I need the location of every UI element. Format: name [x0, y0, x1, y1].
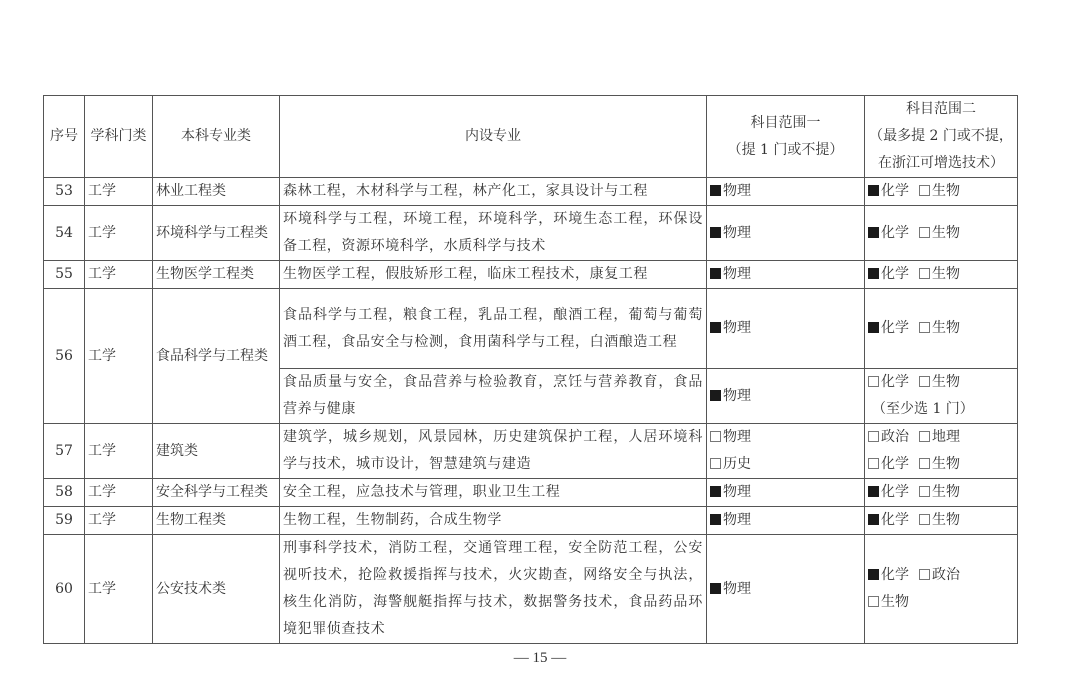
subject-label: 化学: [881, 374, 909, 390]
checked-box-icon: [868, 227, 879, 238]
subject-requirements-table: 序号 学科门类 本科专业类 内设专业 科目范围一 （提 1 门或不提） 科目范围…: [43, 95, 1018, 644]
subject-option: 历史: [710, 451, 751, 478]
subject-label: 生物: [932, 374, 960, 390]
subject-line: 物理: [710, 178, 861, 205]
cell-majors: 刑事科学技术，消防工程，交通管理工程，安全防范工程，公安视听技术，抢险救援指挥与…: [280, 535, 707, 644]
subject-option: 生物: [868, 589, 909, 616]
unchecked-box-icon: [710, 458, 721, 469]
cell-discipline: 工学: [85, 289, 153, 424]
subject-label: 生物: [932, 484, 960, 500]
subject-line: 生物: [868, 589, 1014, 616]
cell-range1: 物理: [707, 507, 865, 535]
subject-line: 化学生物: [868, 178, 1014, 205]
subject-label: 物理: [723, 183, 751, 199]
subject-line: 物理: [710, 315, 861, 342]
unchecked-box-icon: [919, 185, 930, 196]
subject-option: 物理: [710, 507, 751, 534]
cell-discipline: 工学: [85, 535, 153, 644]
cell-category: 食品科学与工程类: [153, 289, 280, 424]
subject-label: 化学: [881, 512, 909, 528]
cell-discipline: 工学: [85, 479, 153, 507]
unchecked-box-icon: [868, 596, 879, 607]
subject-option: 地理: [919, 424, 960, 451]
subject-option: 化学: [868, 451, 909, 478]
unchecked-box-icon: [868, 376, 879, 387]
cell-range1: 物理: [707, 289, 865, 369]
cell-seq: 60: [44, 535, 85, 644]
cell-category: 生物工程类: [153, 507, 280, 535]
checked-box-icon: [710, 514, 721, 525]
cell-majors: 食品质量与安全，食品营养与检验教育，烹饪与营养教育，食品营养与健康: [280, 369, 707, 424]
cell-category: 环境科学与工程类: [153, 206, 280, 261]
subject-line: 物理: [710, 261, 861, 288]
subject-option: 生物: [919, 178, 960, 205]
subject-label: 化学: [881, 266, 909, 282]
subject-line: 化学生物: [868, 261, 1014, 288]
table-row: 54工学环境科学与工程类环境科学与工程，环境工程，环境科学，环境生态工程，环保设…: [44, 206, 1018, 261]
cell-discipline: 工学: [85, 507, 153, 535]
cell-category: 建筑类: [153, 424, 280, 479]
cell-seq: 53: [44, 178, 85, 206]
cell-range1: 物理: [707, 178, 865, 206]
subject-option: 化学: [868, 562, 909, 589]
cell-range2: 化学生物: [865, 289, 1018, 369]
checked-box-icon: [710, 227, 721, 238]
header-row: 序号 学科门类 本科专业类 内设专业 科目范围一 （提 1 门或不提） 科目范围…: [44, 96, 1018, 178]
cell-majors: 生物工程，生物制药，合成生物学: [280, 507, 707, 535]
subject-option: 生物: [919, 261, 960, 288]
subject-line: 化学生物: [868, 451, 1014, 478]
cell-range2: 政治地理化学生物: [865, 424, 1018, 479]
header-range2: 科目范围二 （最多提 2 门或不提， 在浙江可增选技术）: [865, 96, 1018, 178]
checked-box-icon: [710, 268, 721, 279]
subject-label: 生物: [932, 266, 960, 282]
table-row: 59工学生物工程类生物工程，生物制药，合成生物学物理化学生物: [44, 507, 1018, 535]
cell-category: 公安技术类: [153, 535, 280, 644]
checked-box-icon: [868, 185, 879, 196]
subject-label: 化学: [881, 225, 909, 241]
cell-seq: 57: [44, 424, 85, 479]
subject-option: 政治: [919, 562, 960, 589]
unchecked-box-icon: [710, 431, 721, 442]
table-row: 55工学生物医学工程类生物医学工程，假肢矫形工程，临床工程技术，康复工程物理化学…: [44, 261, 1018, 289]
subject-label: 物理: [723, 581, 751, 597]
range2-note: （至少选 1 门）: [868, 396, 1014, 423]
subject-label: 生物: [881, 594, 909, 610]
checked-box-icon: [710, 390, 721, 401]
subject-line: 物理: [710, 507, 861, 534]
subject-option: 生物: [919, 479, 960, 506]
unchecked-box-icon: [919, 322, 930, 333]
cell-majors: 食品科学与工程，粮食工程，乳品工程，酿酒工程，葡萄与葡萄酒工程，食品安全与检测，…: [280, 289, 707, 369]
cell-majors: 安全工程，应急技术与管理，职业卫生工程: [280, 479, 707, 507]
subject-label: 物理: [723, 512, 751, 528]
subject-option: 化学: [868, 507, 909, 534]
cell-range2: 化学政治生物: [865, 535, 1018, 644]
cell-range1: 物理: [707, 535, 865, 644]
cell-discipline: 工学: [85, 178, 153, 206]
subject-line: 化学生物: [868, 507, 1014, 534]
cell-majors: 生物医学工程，假肢矫形工程，临床工程技术，康复工程: [280, 261, 707, 289]
subject-option: 化学: [868, 220, 909, 247]
cell-seq: 55: [44, 261, 85, 289]
unchecked-box-icon: [919, 268, 930, 279]
checked-box-icon: [710, 185, 721, 196]
cell-range2: 化学生物: [865, 507, 1018, 535]
cell-seq: 59: [44, 507, 85, 535]
subject-line: 物理: [710, 383, 861, 410]
subject-option: 化学: [868, 178, 909, 205]
page-number: — 15 —: [0, 650, 1080, 667]
subject-line: 物理: [710, 576, 861, 603]
subject-option: 化学: [868, 479, 909, 506]
cell-range1: 物理: [707, 479, 865, 507]
cell-category: 生物医学工程类: [153, 261, 280, 289]
subject-option: 政治: [868, 424, 909, 451]
subject-label: 历史: [723, 456, 751, 472]
subject-option: 物理: [710, 261, 751, 288]
subject-line: 化学生物: [868, 220, 1014, 247]
subject-label: 生物: [932, 183, 960, 199]
header-seq: 序号: [44, 96, 85, 178]
header-category: 本科专业类: [153, 96, 280, 178]
checked-box-icon: [868, 514, 879, 525]
unchecked-box-icon: [919, 376, 930, 387]
cell-discipline: 工学: [85, 424, 153, 479]
table-row: 58工学安全科学与工程类安全工程，应急技术与管理，职业卫生工程物理化学生物: [44, 479, 1018, 507]
checked-box-icon: [868, 322, 879, 333]
subject-line: 物理: [710, 479, 861, 506]
subject-label: 物理: [723, 429, 751, 445]
cell-discipline: 工学: [85, 206, 153, 261]
checked-box-icon: [868, 268, 879, 279]
unchecked-box-icon: [868, 458, 879, 469]
cell-range1: 物理: [707, 261, 865, 289]
cell-seq: 56: [44, 289, 85, 424]
unchecked-box-icon: [919, 458, 930, 469]
subject-option: 生物: [919, 507, 960, 534]
subject-option: 化学: [868, 369, 909, 396]
table-row: 60工学公安技术类刑事科学技术，消防工程，交通管理工程，安全防范工程，公安视听技…: [44, 535, 1018, 644]
header-discipline: 学科门类: [85, 96, 153, 178]
subject-label: 化学: [881, 567, 909, 583]
subject-option: 物理: [710, 383, 751, 410]
unchecked-box-icon: [919, 569, 930, 580]
subject-line: 化学生物: [868, 315, 1014, 342]
subject-label: 物理: [723, 388, 751, 404]
subject-label: 化学: [881, 456, 909, 472]
subject-line: 化学生物: [868, 369, 1014, 396]
subject-label: 物理: [723, 320, 751, 336]
subject-option: 化学: [868, 315, 909, 342]
subject-option: 化学: [868, 261, 909, 288]
table-row: 57工学建筑类建筑学，城乡规划，风景园林，历史建筑保护工程，人居环境科学与技术，…: [44, 424, 1018, 479]
cell-range2: 化学生物（至少选 1 门）: [865, 369, 1018, 424]
checked-box-icon: [710, 486, 721, 497]
subject-option: 生物: [919, 369, 960, 396]
subject-line: 化学生物: [868, 479, 1014, 506]
subject-option: 物理: [710, 220, 751, 247]
cell-category: 林业工程类: [153, 178, 280, 206]
subject-label: 物理: [723, 225, 751, 241]
cell-majors: 建筑学，城乡规划，风景园林，历史建筑保护工程，人居环境科学与技术，城市设计，智慧…: [280, 424, 707, 479]
cell-seq: 54: [44, 206, 85, 261]
unchecked-box-icon: [919, 486, 930, 497]
subject-option: 物理: [710, 479, 751, 506]
cell-range2: 化学生物: [865, 261, 1018, 289]
cell-range2: 化学生物: [865, 178, 1018, 206]
table-row: 56工学食品科学与工程类食品科学与工程，粮食工程，乳品工程，酿酒工程，葡萄与葡萄…: [44, 289, 1018, 369]
subject-option: 物理: [710, 576, 751, 603]
subject-option: 生物: [919, 220, 960, 247]
header-majors: 内设专业: [280, 96, 707, 178]
cell-range1: 物理: [707, 206, 865, 261]
checked-box-icon: [710, 322, 721, 333]
cell-range2: 化学生物: [865, 479, 1018, 507]
subject-option: 物理: [710, 424, 751, 451]
subject-line: 政治地理: [868, 424, 1014, 451]
subject-line: 历史: [710, 451, 861, 478]
unchecked-box-icon: [919, 227, 930, 238]
subject-label: 物理: [723, 266, 751, 282]
document-page: 序号 学科门类 本科专业类 内设专业 科目范围一 （提 1 门或不提） 科目范围…: [0, 0, 1080, 676]
subject-line: 物理: [710, 220, 861, 247]
cell-majors: 环境科学与工程，环境工程，环境科学，环境生态工程，环保设备工程，资源环境科学，水…: [280, 206, 707, 261]
subject-label: 地理: [932, 429, 960, 445]
subject-label: 化学: [881, 320, 909, 336]
subject-label: 生物: [932, 225, 960, 241]
cell-range1: 物理历史: [707, 424, 865, 479]
cell-seq: 58: [44, 479, 85, 507]
subject-option: 生物: [919, 315, 960, 342]
subject-label: 政治: [932, 567, 960, 583]
cell-category: 安全科学与工程类: [153, 479, 280, 507]
subject-line: 化学政治: [868, 562, 1014, 589]
subject-label: 生物: [932, 512, 960, 528]
subject-label: 化学: [881, 484, 909, 500]
checked-box-icon: [710, 583, 721, 594]
subject-label: 政治: [881, 429, 909, 445]
cell-majors: 森林工程，木材科学与工程，林产化工，家具设计与工程: [280, 178, 707, 206]
subject-label: 物理: [723, 484, 751, 500]
subject-label: 化学: [881, 183, 909, 199]
cell-range1: 物理: [707, 369, 865, 424]
subject-label: 生物: [932, 456, 960, 472]
header-range1: 科目范围一 （提 1 门或不提）: [707, 96, 865, 178]
unchecked-box-icon: [919, 514, 930, 525]
unchecked-box-icon: [868, 431, 879, 442]
checked-box-icon: [868, 486, 879, 497]
cell-discipline: 工学: [85, 261, 153, 289]
checked-box-icon: [868, 569, 879, 580]
subject-label: 生物: [932, 320, 960, 336]
cell-range2: 化学生物: [865, 206, 1018, 261]
subject-option: 物理: [710, 178, 751, 205]
subject-option: 物理: [710, 315, 751, 342]
table-body: 53工学林业工程类森林工程，木材科学与工程，林产化工，家具设计与工程物理化学生物…: [44, 178, 1018, 644]
table-row: 53工学林业工程类森林工程，木材科学与工程，林产化工，家具设计与工程物理化学生物: [44, 178, 1018, 206]
subject-option: 生物: [919, 451, 960, 478]
subject-line: 物理: [710, 424, 861, 451]
unchecked-box-icon: [919, 431, 930, 442]
